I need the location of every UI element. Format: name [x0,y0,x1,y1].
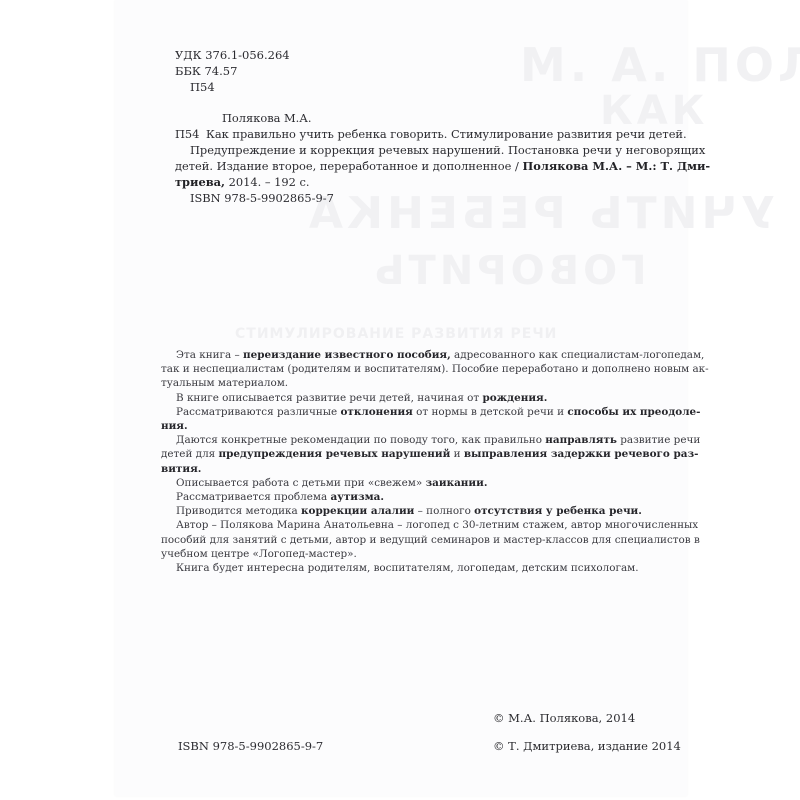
text-fragment: направлять [545,434,617,446]
text-fragment: рождения. [482,392,547,404]
target-audience: Книга будет интересна родителям, воспита… [161,561,673,575]
author-mark: П54 [175,79,290,95]
text-fragment: переиздание известного пособия, [243,349,451,361]
text-fragment: Рассматриваются различные [176,406,341,418]
text-fragment: детей для [161,448,219,460]
copyright-publisher: © Т. Дмитриева, издание 2014 [493,738,681,754]
isbn-footer: ISBN 978-5-9902865-9-7 [178,738,323,754]
copyright-author: © М.А. Полякова, 2014 [493,710,635,726]
annotation-paragraph: Описывается работа с детьми при «свежем»… [161,476,673,490]
biblio-line: детей. Издание второе, переработанное и … [175,158,667,174]
author-bio: учебном центре «Логопед-мастер». [161,547,673,561]
text-fragment: Эта книга – [176,349,243,361]
text-fragment: выправления задержки речевого раз- [464,448,699,460]
annotation: Эта книга – переиздание известного пособ… [161,348,673,575]
text-fragment: детей. Издание второе, переработанное и … [175,159,522,173]
classification-block: УДК 376.1-056.264 ББК 74.57 П54 [175,47,290,95]
annotation-line: вития. [161,462,673,476]
text-fragment: и [450,448,464,460]
text-fragment: В книге описывается развитие речи детей,… [176,392,482,404]
text-fragment: заикании. [426,477,488,489]
bbk-code: ББК 74.57 [175,63,290,79]
text-fragment: способы их преодоле- [567,406,700,418]
text-fragment: отсутствия у ребенка речи. [474,505,642,517]
biblio-line: Предупреждение и коррекция речевых наруш… [175,142,667,158]
text-fragment: Приводится методика [176,505,301,517]
text-fragment: – полного [414,505,474,517]
author-mark: П54 [175,126,206,142]
annotation-paragraph: Даются конкретные рекомендации по поводу… [161,433,673,447]
text-fragment: коррекции алалии [301,505,414,517]
annotation-line: так и неспециалистам (родителям и воспит… [161,362,673,376]
text-fragment: развитие речи [617,434,700,446]
annotation-paragraph: В книге описывается развитие речи детей,… [161,391,673,405]
pub-year-pages: 2014. – 192 с. [225,175,310,189]
bibliographic-record: Полякова М.А. П54Как правильно учить реб… [175,110,667,206]
text-fragment: Рассматривается проблема [176,491,330,503]
author-bio: Автор – Полякова Марина Анатольевна – ло… [161,518,673,532]
text-fragment: Описывается работа с детьми при «свежем» [176,477,426,489]
biblio-line: триева, 2014. – 192 с. [175,174,667,190]
annotation-line: туальным материалом. [161,376,673,390]
annotation-paragraph: Эта книга – переиздание известного пособ… [161,348,673,362]
annotation-paragraph: Рассматривается проблема аутизма. [161,490,673,504]
text-fragment: адресованного как специалистам-логопедам… [451,349,705,361]
udk-code: УДК 376.1-056.264 [175,47,290,63]
text-fragment: предупреждения речевых нарушений [219,448,451,460]
annotation-line: детей для предупреждения речевых нарушен… [161,447,673,461]
publisher-name: триева, [175,175,225,189]
text-fragment: отклонения [341,406,413,418]
annotation-line: ния. [161,419,673,433]
isbn: ISBN 978-5-9902865-9-7 [175,190,667,206]
responsibility-statement: Полякова М.А. – М.: Т. Дми- [522,159,710,173]
annotation-paragraph: Приводится методика коррекции алалии – п… [161,504,673,518]
text-fragment: аутизма. [330,491,384,503]
author-bio: пособий для занятий с детьми, автор и ве… [161,533,673,547]
book-title: Как правильно учить ребенка говорить. Ст… [206,127,687,141]
author-heading: Полякова М.А. [175,110,667,126]
text-fragment: Даются конкретные рекомендации по поводу… [176,434,545,446]
text-fragment: от нормы в детской речи и [413,406,567,418]
annotation-paragraph: Рассматриваются различные отклонения от … [161,405,673,419]
